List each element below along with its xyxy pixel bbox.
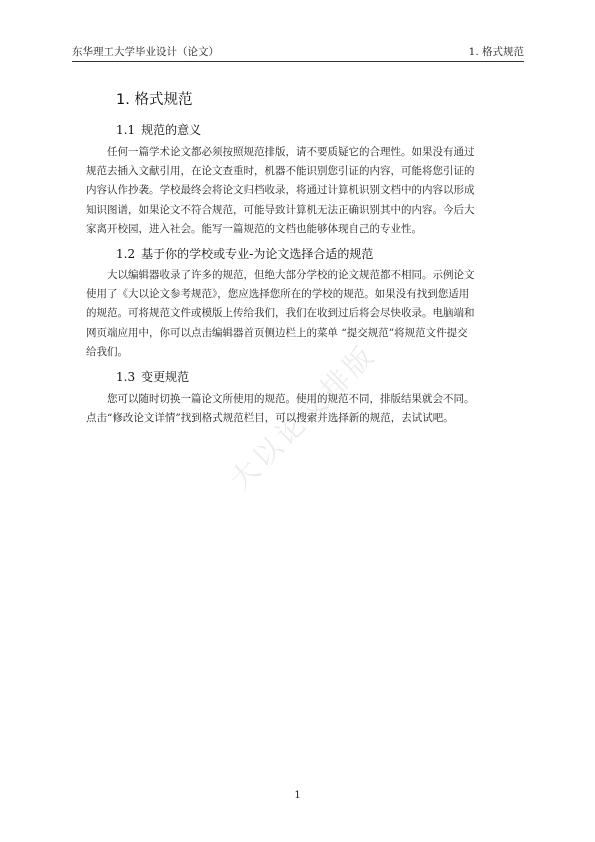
section-number: 1.3	[116, 370, 135, 384]
section-title: 基于你的学校或专业-为论文选择合适的规范	[141, 247, 373, 261]
header-thesis-title: 东华理工大学毕业设计（论文）	[72, 44, 219, 59]
header-rule	[72, 61, 524, 62]
section-title: 变更规范	[141, 370, 189, 384]
section-number: 1.2	[116, 247, 135, 261]
page-number: 1	[0, 790, 595, 801]
section-1-1-paragraph: 任何一篇学术论文都必须按照规范排版，请不要质疑它的合理性。如果没有通过 规范去插…	[86, 143, 526, 239]
section-heading-1-2: 1.2基于你的学校或专业-为论文选择合适的规范	[116, 245, 373, 262]
section-number: 1.1	[116, 123, 135, 137]
paragraph-line: 任何一篇学术论文都必须按照规范排版，请不要质疑它的合理性。如果没有通过	[86, 143, 526, 162]
paragraph-line: 使用了《大以论文参考规范》，您应选择您所在的学校的规范。如果没有找到您适用	[86, 285, 526, 304]
paragraph-line: 内容认作抄袭。学校最终会将论文归档收录，将通过计算机识别文档中的内容以形成	[86, 181, 526, 200]
chapter-heading: 1. 格式规范	[116, 88, 192, 109]
paragraph-line: 家离开校园，进入社会。能写一篇规范的文档也能够体现自己的专业性。	[86, 220, 526, 239]
section-heading-1-1: 1.1规范的意义	[116, 121, 201, 138]
paragraph-line: 规范去插入文献引用，在论文查重时，机器不能识别您引证的内容，可能将您引证的	[86, 162, 526, 181]
section-heading-1-3: 1.3变更规范	[116, 368, 189, 385]
page-header: 东华理工大学毕业设计（论文） 1. 格式规范	[72, 44, 524, 60]
header-chapter-title: 1. 格式规范	[469, 44, 524, 59]
paragraph-line: 大以编辑器收录了许多的规范，但绝大部分学校的论文规范都不相同。示例论文	[86, 266, 526, 285]
section-title: 规范的意义	[141, 123, 201, 137]
paragraph-line: 知识图谱，如果论文不符合规范，可能导致计算机无法正确识别其中的内容。今后大	[86, 201, 526, 220]
